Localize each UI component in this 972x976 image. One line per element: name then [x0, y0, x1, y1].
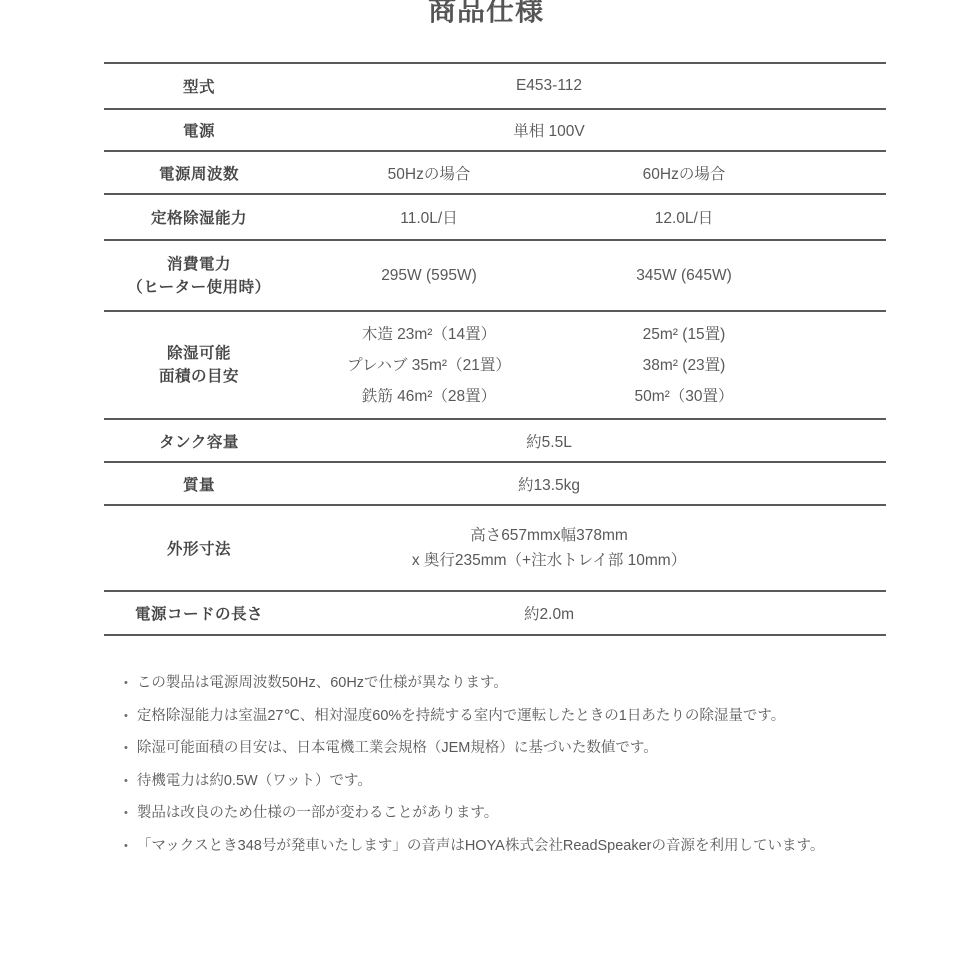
spec-value-line: プレハブ 35m²（21置）	[294, 350, 564, 381]
note-text: 製品は改良のため仕様の一部が変わることがあります。	[137, 804, 498, 824]
spec-row-area: 除湿可能 面積の目安 木造 23m²（14置） プレハブ 35m²（21置） 鉄…	[104, 311, 886, 419]
bullet-icon: •	[124, 739, 128, 759]
spec-table: 型式 E453-112 電源 単相 100V 電源周波数 50Hzの場合 60H…	[104, 62, 886, 636]
product-spec-page: 商品仕様 型式 E453-112 電源 単相 100V 電源周波数 50Hzの場…	[0, 0, 972, 969]
spec-value-line: 鉄筋 46m²（28置）	[294, 381, 564, 412]
spec-label: 電源コードの長さ	[104, 591, 294, 635]
spec-row-capacity: 定格除湿能力 11.0L/日 12.0L/日	[104, 194, 886, 240]
spec-value-50hz: 295W (595W)	[294, 240, 564, 311]
spec-value-line: 50m²（30置）	[564, 381, 804, 412]
spec-value: 約13.5kg	[294, 462, 804, 505]
spec-row-cord: 電源コードの長さ 約2.0m	[104, 591, 886, 635]
spec-label: 質量	[104, 462, 294, 505]
spec-spacer	[804, 240, 886, 311]
spec-row-power: 電源 単相 100V	[104, 109, 886, 151]
spec-spacer	[804, 151, 886, 194]
spec-value-line: 25m² (15置)	[564, 319, 804, 350]
spec-value: E453-112	[294, 63, 804, 109]
note-text: 待機電力は約0.5W（ワット）です。	[137, 772, 372, 792]
spec-value-line: x 奥行235mm（+注水トレイ部 10mm）	[294, 548, 804, 573]
spec-value-60hz: 345W (645W)	[564, 240, 804, 311]
spec-label-line: 除湿可能	[104, 342, 294, 365]
spec-spacer	[804, 505, 886, 591]
note-text: 定格除湿能力は室温27℃、相対湿度60%を持続する室内で運転したときの1日あたり…	[137, 707, 785, 727]
spec-value-line: 木造 23m²（14置）	[294, 319, 564, 350]
spec-label: 電源周波数	[104, 151, 294, 194]
spec-row-model: 型式 E453-112	[104, 63, 886, 109]
spec-value: 高さ657mmx幅378mm x 奥行235mm（+注水トレイ部 10mm）	[294, 505, 804, 591]
spec-value-60hz: 25m² (15置) 38m² (23置) 50m²（30置）	[564, 311, 804, 419]
note-text: 除湿可能面積の目安は、日本電機工業会規格（JEM規格）に基づいた数値です。	[137, 739, 658, 759]
bullet-icon: •	[124, 804, 128, 824]
spec-row-tank: タンク容量 約5.5L	[104, 419, 886, 462]
spec-value: 単相 100V	[294, 109, 804, 151]
spec-label: 外形寸法	[104, 505, 294, 591]
spec-value-line: 高さ657mmx幅378mm	[294, 523, 804, 548]
spec-value: 約2.0m	[294, 591, 804, 635]
spec-value: 約5.5L	[294, 419, 804, 462]
spec-label-line: 面積の目安	[104, 365, 294, 388]
note-item: • 除湿可能面積の目安は、日本電機工業会規格（JEM規格）に基づいた数値です。	[124, 739, 884, 759]
spec-spacer	[804, 109, 886, 151]
spec-spacer	[804, 311, 886, 419]
spec-value-60hz: 12.0L/日	[564, 194, 804, 240]
spec-value-60hz: 60Hzの場合	[564, 151, 804, 194]
bullet-icon: •	[124, 772, 128, 792]
spec-label: 型式	[104, 63, 294, 109]
spec-spacer	[804, 419, 886, 462]
spec-spacer	[804, 591, 886, 635]
page-title: 商品仕様	[0, 0, 972, 29]
bullet-icon: •	[124, 674, 128, 694]
spec-label: 消費電力 （ヒーター使用時）	[104, 240, 294, 311]
note-text: 「マックスとき348号が発車いたします」の音声はHOYA株式会社ReadSpea…	[137, 837, 825, 857]
spec-value-50hz: 木造 23m²（14置） プレハブ 35m²（21置） 鉄筋 46m²（28置）	[294, 311, 564, 419]
spec-spacer	[804, 63, 886, 109]
spec-value-50hz: 11.0L/日	[294, 194, 564, 240]
spec-value-line: 38m² (23置)	[564, 350, 804, 381]
note-text: この製品は電源周波数50Hz、60Hzで仕様が異なります。	[137, 674, 508, 694]
bullet-icon: •	[124, 707, 128, 727]
spec-label-line: 消費電力	[104, 253, 294, 276]
note-item: • 待機電力は約0.5W（ワット）です。	[124, 772, 884, 792]
spec-label: タンク容量	[104, 419, 294, 462]
spec-row-consumption: 消費電力 （ヒーター使用時） 295W (595W) 345W (645W)	[104, 240, 886, 311]
note-item: • 「マックスとき348号が発車いたします」の音声はHOYA株式会社ReadSp…	[124, 837, 884, 857]
spec-spacer	[804, 194, 886, 240]
note-item: • 定格除湿能力は室温27℃、相対湿度60%を持続する室内で運転したときの1日あ…	[124, 707, 884, 727]
spec-label: 除湿可能 面積の目安	[104, 311, 294, 419]
spec-label-line: （ヒーター使用時）	[104, 276, 294, 299]
spec-row-frequency: 電源周波数 50Hzの場合 60Hzの場合	[104, 151, 886, 194]
spec-spacer	[804, 462, 886, 505]
note-item: • 製品は改良のため仕様の一部が変わることがあります。	[124, 804, 884, 824]
bullet-icon: •	[124, 837, 128, 857]
spec-row-weight: 質量 約13.5kg	[104, 462, 886, 505]
spec-label: 電源	[104, 109, 294, 151]
spec-row-dimensions: 外形寸法 高さ657mmx幅378mm x 奥行235mm（+注水トレイ部 10…	[104, 505, 886, 591]
note-item: • この製品は電源周波数50Hz、60Hzで仕様が異なります。	[124, 674, 884, 694]
spec-value-50hz: 50Hzの場合	[294, 151, 564, 194]
notes-list: • この製品は電源周波数50Hz、60Hzで仕様が異なります。 • 定格除湿能力…	[124, 674, 884, 856]
spec-label: 定格除湿能力	[104, 194, 294, 240]
